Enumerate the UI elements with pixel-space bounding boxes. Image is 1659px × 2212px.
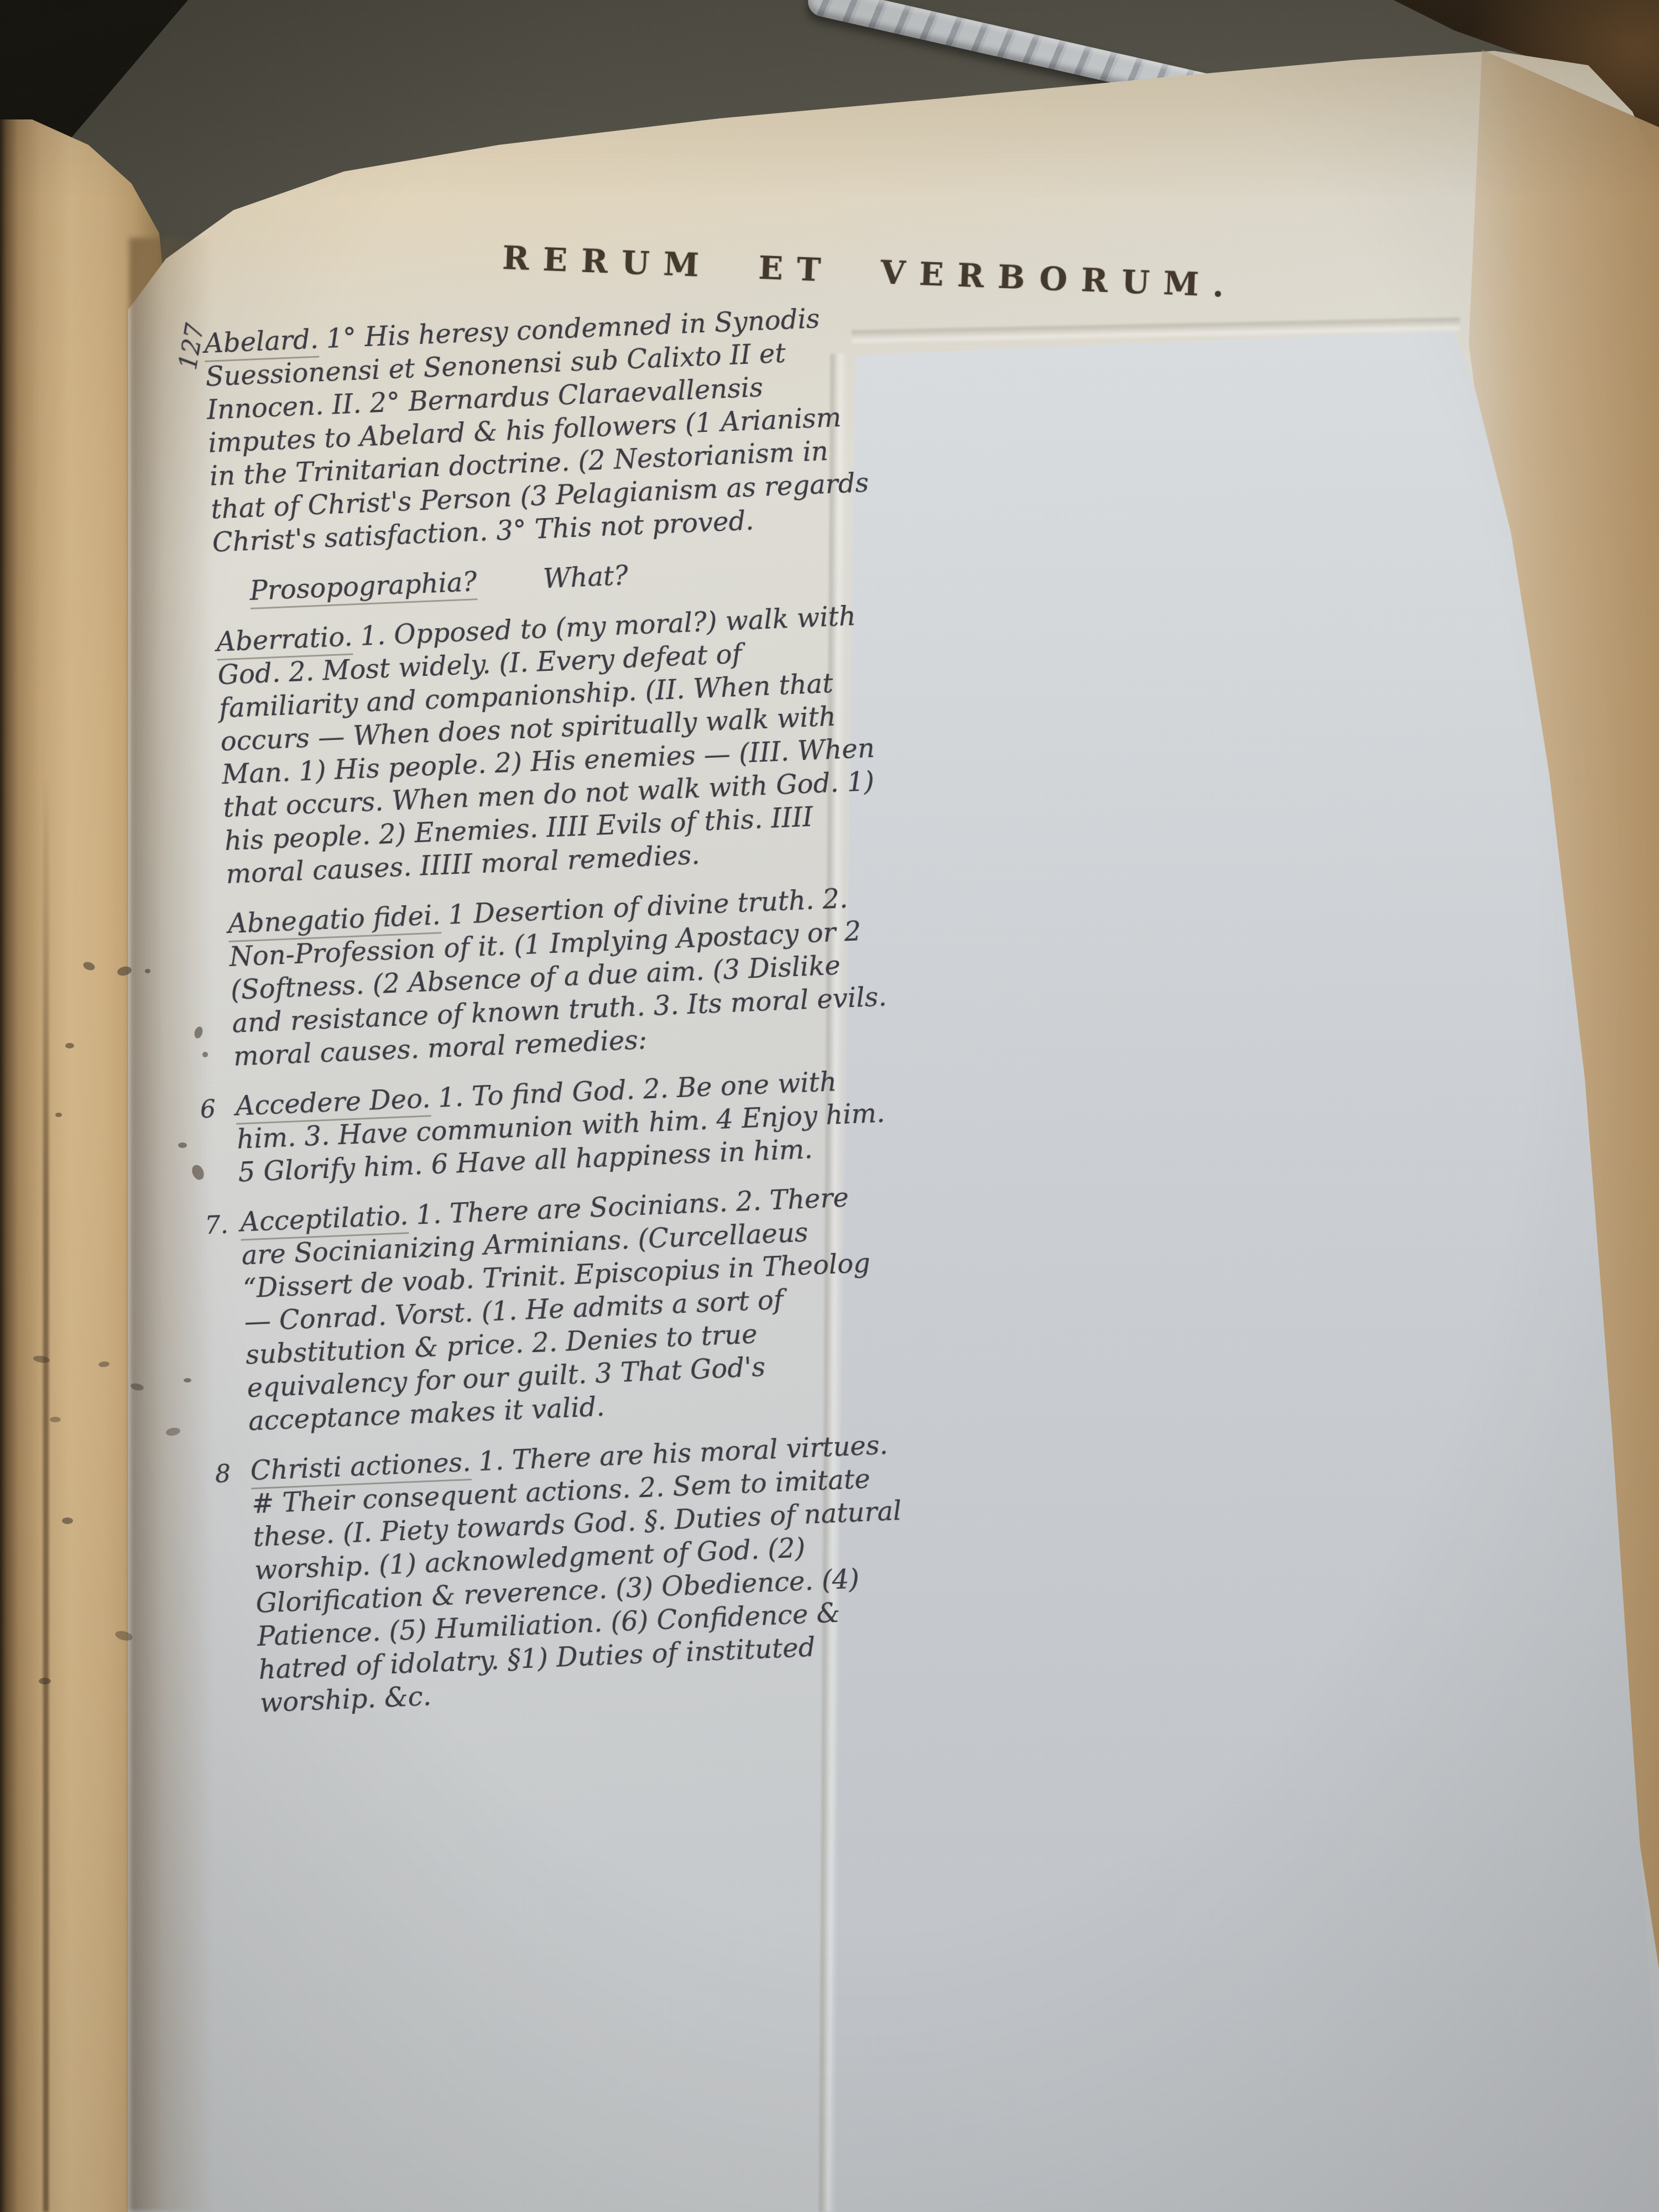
handwritten-index: 127Abelard.1° His heresy condemned in Sy… (204, 300, 922, 1736)
ink-speck (184, 1378, 191, 1383)
entry-number: 6 (200, 1093, 216, 1126)
ink-speck (55, 1113, 62, 1117)
index-entry: Abnegatio fidei.1 Desertion of divine tr… (227, 880, 894, 1073)
ink-speck (145, 969, 150, 973)
entry-body: What? (542, 560, 629, 594)
entry-title: Aberratio. (216, 621, 353, 660)
entry-number: 8 (215, 1458, 231, 1491)
ink-speck (65, 1043, 74, 1048)
entry-title: Prosopographia? (249, 566, 477, 609)
index-entry: 8Christi actiones.1. There are his moral… (250, 1427, 921, 1720)
page-stack-edge-line (43, 774, 49, 2212)
ink-speck (178, 1142, 187, 1148)
book-photograph: RERUM ET VERBORUM. 127Abelard.1° His her… (0, 0, 1659, 2212)
ink-speck (39, 1678, 51, 1684)
index-entry: Aberratio.1. Opposed to (my moral?) walk… (216, 599, 887, 891)
ink-speck (62, 1517, 73, 1524)
gutter-shadow (129, 238, 212, 2212)
index-entry: 7.Acceptilatio.1. There are Socinians. 2… (239, 1179, 909, 1438)
index-entry: Prosopographia?What? (249, 549, 875, 608)
entry-number: 7. (204, 1209, 228, 1243)
ink-smudge (50, 1417, 61, 1422)
ink-speck (202, 1052, 208, 1057)
entry-body: 1. To find God. 2. Be one with him. 3. H… (236, 1066, 885, 1188)
index-entry: 6Accedere Deo.1. To find God. 2. Be one … (235, 1063, 899, 1190)
entry-title: Abelard. (204, 324, 319, 362)
index-entry: 127Abelard.1° His heresy condemned in Sy… (204, 300, 873, 560)
